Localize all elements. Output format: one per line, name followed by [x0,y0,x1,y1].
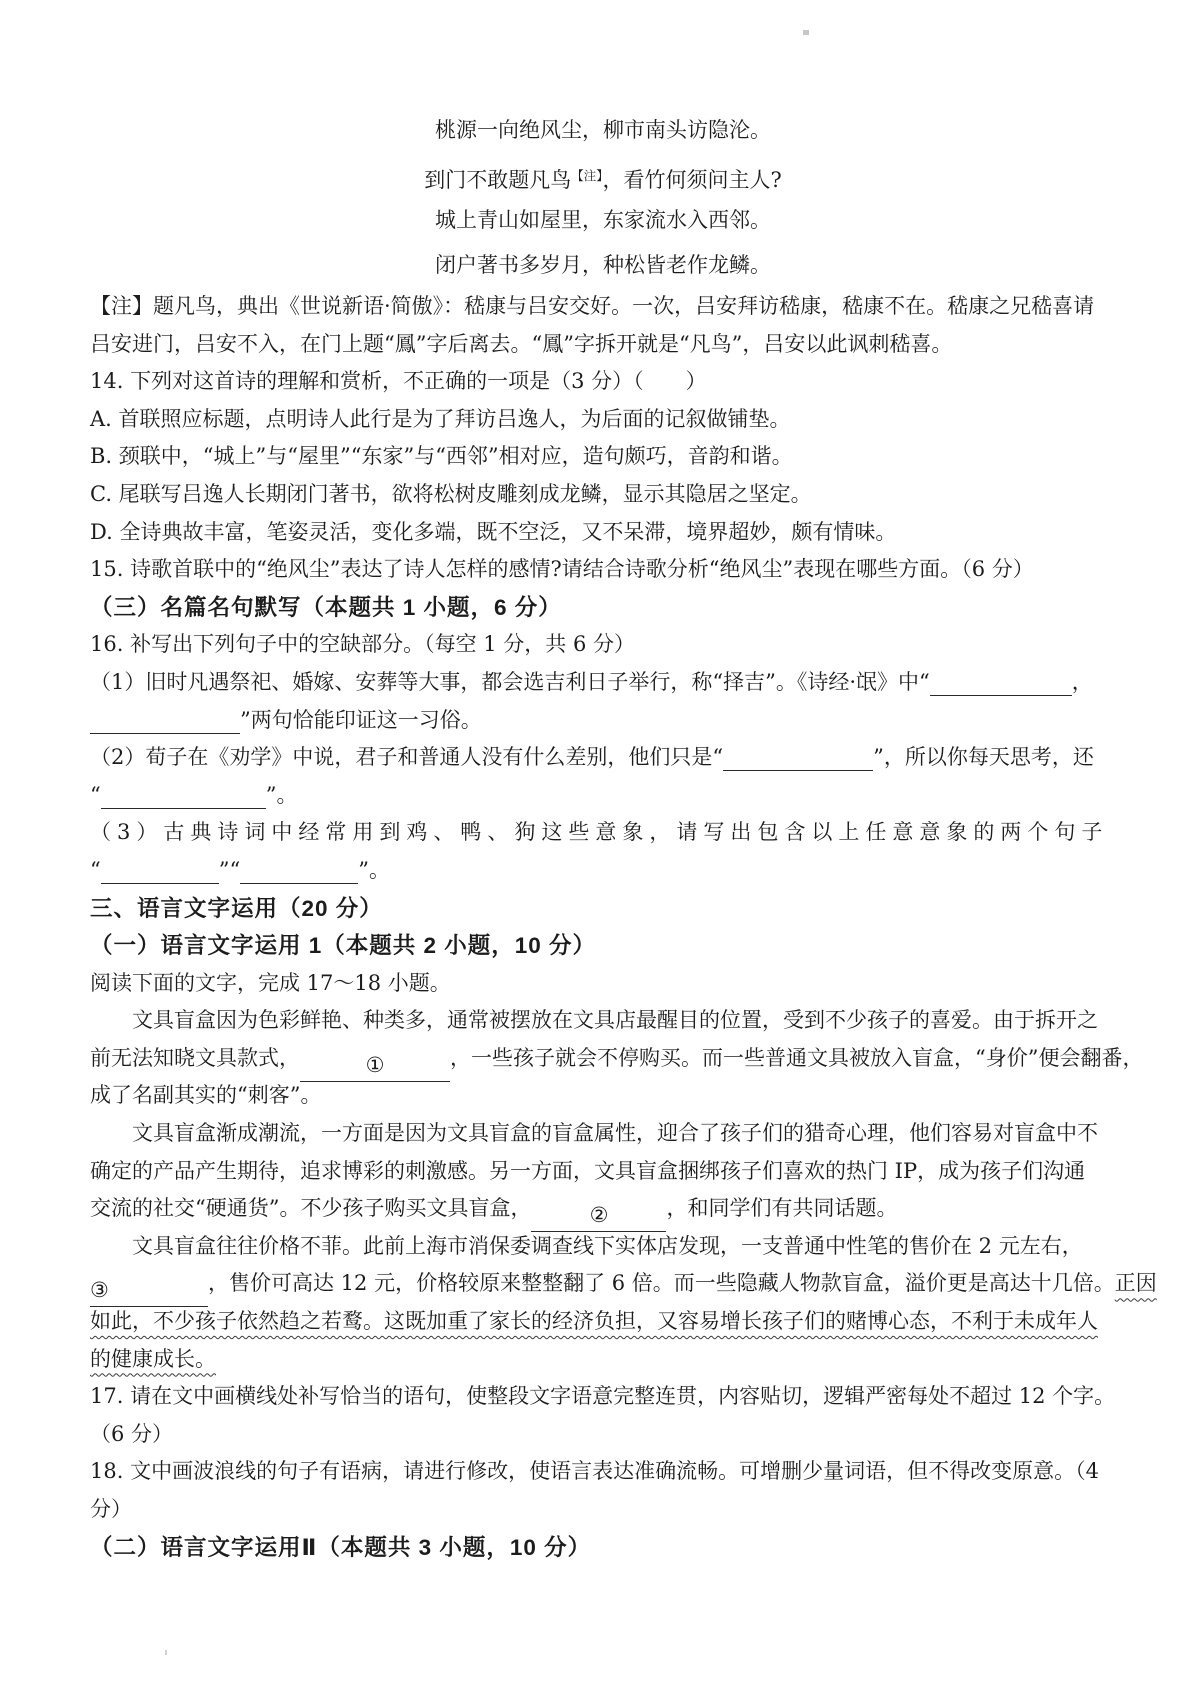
scan-artifact-dot [803,30,809,35]
text-run: “ [90,783,101,807]
text-run: 三、语言文字运用（20 分） [90,896,383,921]
poem-line-3: 城上青山如屋里，东家流水入西邻。 [90,198,1116,243]
q16-item2-line2: “”。 [90,777,1116,815]
note-reference-superscript: 【注】 [571,168,602,183]
q15-stem: 15. 诗歌首联中的“绝风尘”表达了诗人怎样的感情?请结合诗歌分析“绝风尘”表现… [90,551,1116,589]
text-run: （三）名篇名句默写（本题共 1 小题，6 分） [90,595,562,620]
text-run: 到门不敢题凡鸟 [424,168,571,192]
text-run: 【注】题凡鸟，典出《世说新语·简傲》：嵇康与吕安交好。一次，吕安拜访嵇康，嵇康不… [90,294,1094,318]
passage-p1-line2: 前无法知晓文具款式，①，一些孩子就会不停购买。而一些普通文具被放入盲盒，“身价”… [90,1040,1116,1078]
subsection-header-text: （二）语言文字运用Ⅱ（本题共 3 小题，10 分） [90,1529,1116,1567]
q14-option-a: A. 首联照应标题，点明诗人此行是为了拜访吕逸人，为后面的记叙做铺垫。 [90,401,1116,439]
text-run: （3）古典诗词中经常用到鸡、鸭、狗这些意象，请写出包含以上任意意象的两个句子 [90,820,1108,844]
text-run: 交流的社交“硬通货”。不少孩子购买文具盲盒， [90,1196,531,1220]
text-run: 15. 诗歌首联中的“绝风尘”表达了诗人怎样的感情?请结合诗歌分析“绝风尘”表现… [90,557,1034,581]
q16-stem: 16. 补写出下列句子中的空缺部分。（每空 1 分，共 6 分） [90,626,1116,664]
text-run: ，和同学们有共同话题。 [666,1196,897,1220]
text-run: ”“ [219,858,240,882]
subsection-header-1: （一）语言文字运用 1（本题共 2 小题，10 分） [90,927,1116,965]
q17-stem-line2: （6 分） [90,1416,1116,1454]
q17-stem-line1: 17. 请在文中画横线处补写恰当的语句，使整段文字语意完整连贯，内容贴切，逻辑严… [90,1378,1116,1416]
poem-line-1: 桃源一向绝风尘，柳市南头访隐沦。 [90,108,1116,153]
poem-note: 【注】题凡鸟，典出《世说新语·简傲》：嵇康与吕安交好。一次，吕安拜访嵇康，嵇康不… [90,288,1116,363]
q18-stem-line2: 分） [90,1491,1116,1529]
section-header-text: （三）名篇名句默写（本题共 1 小题，6 分） [90,589,1116,627]
text-run: 城上青山如屋里，东家流水入西邻。 [435,208,771,232]
section-header-mojie: （三）名篇名句默写（本题共 1 小题，6 分） [90,589,1116,627]
text-run: 前无法知晓文具款式， [90,1046,300,1070]
text-run: 成了名副其实的“刺客”。 [90,1083,321,1107]
passage-p3-line3: 如此，不少孩子依然趋之若鹜。这既加重了家长的经济负担，又容易增长孩子们的赌博心态… [90,1303,1116,1341]
text-run: 16. 补写出下列句子中的空缺部分。（每空 1 分，共 6 分） [90,632,635,656]
q16-item2-line1: （2）荀子在《劝学》中说，君子和普通人没有什么差别，他们只是“”，所以你每天思考… [90,739,1116,777]
text-run: 文具盲盒渐成潮流，一方面是因为文具盲盒的盲盒属性，迎合了孩子们的猎奇心理，他们容… [90,1121,1098,1145]
text-run: A. 首联照应标题，点明诗人此行是为了拜访吕逸人，为后面的记叙做铺垫。 [90,407,791,431]
poem-line-4: 闭户著书多岁月，种松皆老作龙鳞。 [90,243,1116,288]
page-content: 桃源一向绝风尘，柳市南头访隐沦。到门不敢题凡鸟【注】，看竹何须问主人?城上青山如… [90,108,1116,1566]
q14-option-d: D. 全诗典故丰富，笔姿灵活，变化多端，既不空泛，又不呆滞，境界超妙，颇有情味。 [90,514,1116,552]
answer-blank [101,852,219,884]
text-run: 吕安进门，吕安不入，在门上题“鳳”字后离去。“鳳”字拆开就是“凡鸟”，吕安以此讽… [90,332,952,356]
text-run: 17. 请在文中画横线处补写恰当的语句，使整段文字语意完整连贯，内容贴切，逻辑严… [90,1384,1115,1408]
exam-paper-page: 桃源一向绝风尘，柳市南头访隐沦。到门不敢题凡鸟【注】，看竹何须问主人?城上青山如… [0,0,1200,1698]
text-run: D. 全诗典故丰富，笔姿灵活，变化多端，既不空泛，又不呆滞，境界超妙，颇有情味。 [90,520,896,544]
text-run: 文具盲盒因为色彩鲜艳、种类多，通常被摆放在文具店最醒目的位置，受到不少孩子的喜爱… [90,1008,1098,1032]
text-run: （二）语言文字运用Ⅱ（本题共 3 小题，10 分） [90,1535,591,1560]
note-line-1: 【注】题凡鸟，典出《世说新语·简傲》：嵇康与吕安交好。一次，吕安拜访嵇康，嵇康不… [90,288,1116,326]
section-header-language: 三、语言文字运用（20 分） [90,890,1116,928]
answer-blank [930,664,1072,696]
text-run: 闭户著书多岁月，种松皆老作龙鳞。 [435,253,771,277]
answer-blank [101,777,266,809]
wavy-underlined-text: 如此，不少孩子依然趋之若鹜。这既加重了家长的经济负担，又容易增长孩子们的赌博心态… [90,1309,1098,1333]
passage-p1-line1: 文具盲盒因为色彩鲜艳、种类多，通常被摆放在文具店最醒目的位置，受到不少孩子的喜爱… [90,1002,1116,1040]
wavy-underlined-text: 的健康成长。 [90,1347,216,1371]
text-run: “ [90,858,101,882]
note-line-2: 吕安进门，吕安不入，在门上题“鳳”字后离去。“鳳”字拆开就是“凡鸟”，吕安以此讽… [90,326,1116,364]
passage-p1-line3: 成了名副其实的“刺客”。 [90,1077,1116,1115]
passage-p3-line4: 的健康成长。 [90,1341,1116,1379]
text-run: ”两句恰能印证这一习俗。 [240,708,482,732]
text-run: C. 尾联写吕逸人长期闭门著书，欲将松树皮雕刻成龙鳞，显示其隐居之坚定。 [90,482,812,506]
text-run: B. 颈联中，“城上”与“屋里”“东家”与“西邻”相对应，造句颇巧，音韵和谐。 [90,444,793,468]
subsection-header-text: （一）语言文字运用 1（本题共 2 小题，10 分） [90,927,1116,965]
subsection-header-2: （二）语言文字运用Ⅱ（本题共 3 小题，10 分） [90,1529,1116,1567]
q16-item3-line1: （3）古典诗词中经常用到鸡、鸭、狗这些意象，请写出包含以上任意意象的两个句子 [90,814,1116,852]
text-run: 文具盲盒往往价格不菲。此前上海市消保委调查线下实体店发现，一支普通中性笔的售价在… [90,1234,1083,1258]
poem: 桃源一向绝风尘，柳市南头访隐沦。到门不敢题凡鸟【注】，看竹何须问主人?城上青山如… [90,108,1116,288]
passage-p2-line3: 交流的社交“硬通货”。不少孩子购买文具盲盒，②，和同学们有共同话题。 [90,1190,1116,1228]
text-run: ，一些孩子就会不停购买。而一些普通文具被放入盲盒，“身价”便会翻番， [450,1046,1143,1070]
text-run: 14. 下列对这首诗的理解和赏析，不正确的一项是（3 分）（ ） [90,369,707,393]
q16-item1-line2: ”两句恰能印证这一习俗。 [90,702,1116,740]
question-14: 14. 下列对这首诗的理解和赏析，不正确的一项是（3 分）（ ）A. 首联照应标… [90,363,1116,551]
question-17: 17. 请在文中画横线处补写恰当的语句，使整段文字语意完整连贯，内容贴切，逻辑严… [90,1378,1116,1453]
text-run: （一）语言文字运用 1（本题共 2 小题，10 分） [90,933,596,958]
q18-stem-line1: 18. 文中画波浪线的句子有语病，请进行修改，使语言表达准确流畅。可增删少量词语… [90,1453,1116,1491]
text-run: ，看竹何须问主人? [603,168,782,192]
passage-p3-line2: ③，售价可高达 12 元，价格较原来整整翻了 6 倍。而一些隐藏人物款盲盒，溢价… [90,1265,1116,1303]
question-16: 16. 补写出下列句子中的空缺部分。（每空 1 分，共 6 分）（1）旧时凡遇祭… [90,626,1116,889]
wavy-underlined-text: 正因 [1115,1271,1157,1295]
q16-item1-line1: （1）旧时凡遇祭祀、婚嫁、安葬等大事，都会选吉利日子举行，称“择吉”。《诗经·氓… [90,664,1116,702]
text-run: 分） [90,1497,132,1521]
text-run: （1）旧时凡遇祭祀、婚嫁、安葬等大事，都会选吉利日子举行，称“择吉”。《诗经·氓… [90,670,930,694]
q14-option-b: B. 颈联中，“城上”与“屋里”“东家”与“西邻”相对应，造句颇巧，音韵和谐。 [90,438,1116,476]
text-run: （2）荀子在《劝学》中说，君子和普通人没有什么差别，他们只是“ [90,745,723,769]
answer-blank [90,702,240,734]
text-run: ”。 [358,858,390,882]
q14-stem: 14. 下列对这首诗的理解和赏析，不正确的一项是（3 分）（ ） [90,363,1116,401]
question-15: 15. 诗歌首联中的“绝风尘”表达了诗人怎样的感情?请结合诗歌分析“绝风尘”表现… [90,551,1116,589]
q14-option-c: C. 尾联写吕逸人长期闭门著书，欲将松树皮雕刻成龙鳞，显示其隐居之坚定。 [90,476,1116,514]
text-run: 18. 文中画波浪线的句子有语病，请进行修改，使语言表达准确流畅。可增删少量词语… [90,1459,1099,1483]
answer-blank [723,739,873,771]
answer-blank [240,852,358,884]
scan-artifact-dot [165,1650,167,1655]
passage-p3-line1: 文具盲盒往往价格不菲。此前上海市消保委调查线下实体店发现，一支普通中性笔的售价在… [90,1228,1116,1266]
text-run: ，售价可高达 12 元，价格较原来整整翻了 6 倍。而一些隐藏人物款盲盒，溢价更… [208,1271,1115,1295]
passage-p2-line1: 文具盲盒渐成潮流，一方面是因为文具盲盒的盲盒属性，迎合了孩子们的猎奇心理，他们容… [90,1115,1116,1153]
reading-instruction-text: 阅读下面的文字，完成 17～18 小题。 [90,965,1116,1003]
section-header-text: 三、语言文字运用（20 分） [90,890,1116,928]
poem-line-2: 到门不敢题凡鸟【注】，看竹何须问主人? [90,153,1116,198]
text-run: ”。 [266,783,298,807]
text-run: ， [1072,670,1093,694]
text-run: 阅读下面的文字，完成 17～18 小题。 [90,971,451,995]
answer-blank: ① [300,1050,450,1082]
question-18: 18. 文中画波浪线的句子有语病，请进行修改，使语言表达准确流畅。可增删少量词语… [90,1453,1116,1528]
passage: 文具盲盒因为色彩鲜艳、种类多，通常被摆放在文具店最醒目的位置，受到不少孩子的喜爱… [90,1002,1116,1378]
text-run: 确定的产品产生期待，追求博彩的刺激感。另一方面，文具盲盒捆绑孩子们喜欢的热门 I… [90,1159,1085,1183]
text-run: 桃源一向绝风尘，柳市南头访隐沦。 [435,118,771,142]
reading-instruction: 阅读下面的文字，完成 17～18 小题。 [90,965,1116,1003]
text-run: （6 分） [90,1422,173,1446]
q16-item3-line2: “”“”。 [90,852,1116,890]
passage-p2-line2: 确定的产品产生期待，追求博彩的刺激感。另一方面，文具盲盒捆绑孩子们喜欢的热门 I… [90,1153,1116,1191]
text-run: ”，所以你每天思考，还 [873,745,1094,769]
